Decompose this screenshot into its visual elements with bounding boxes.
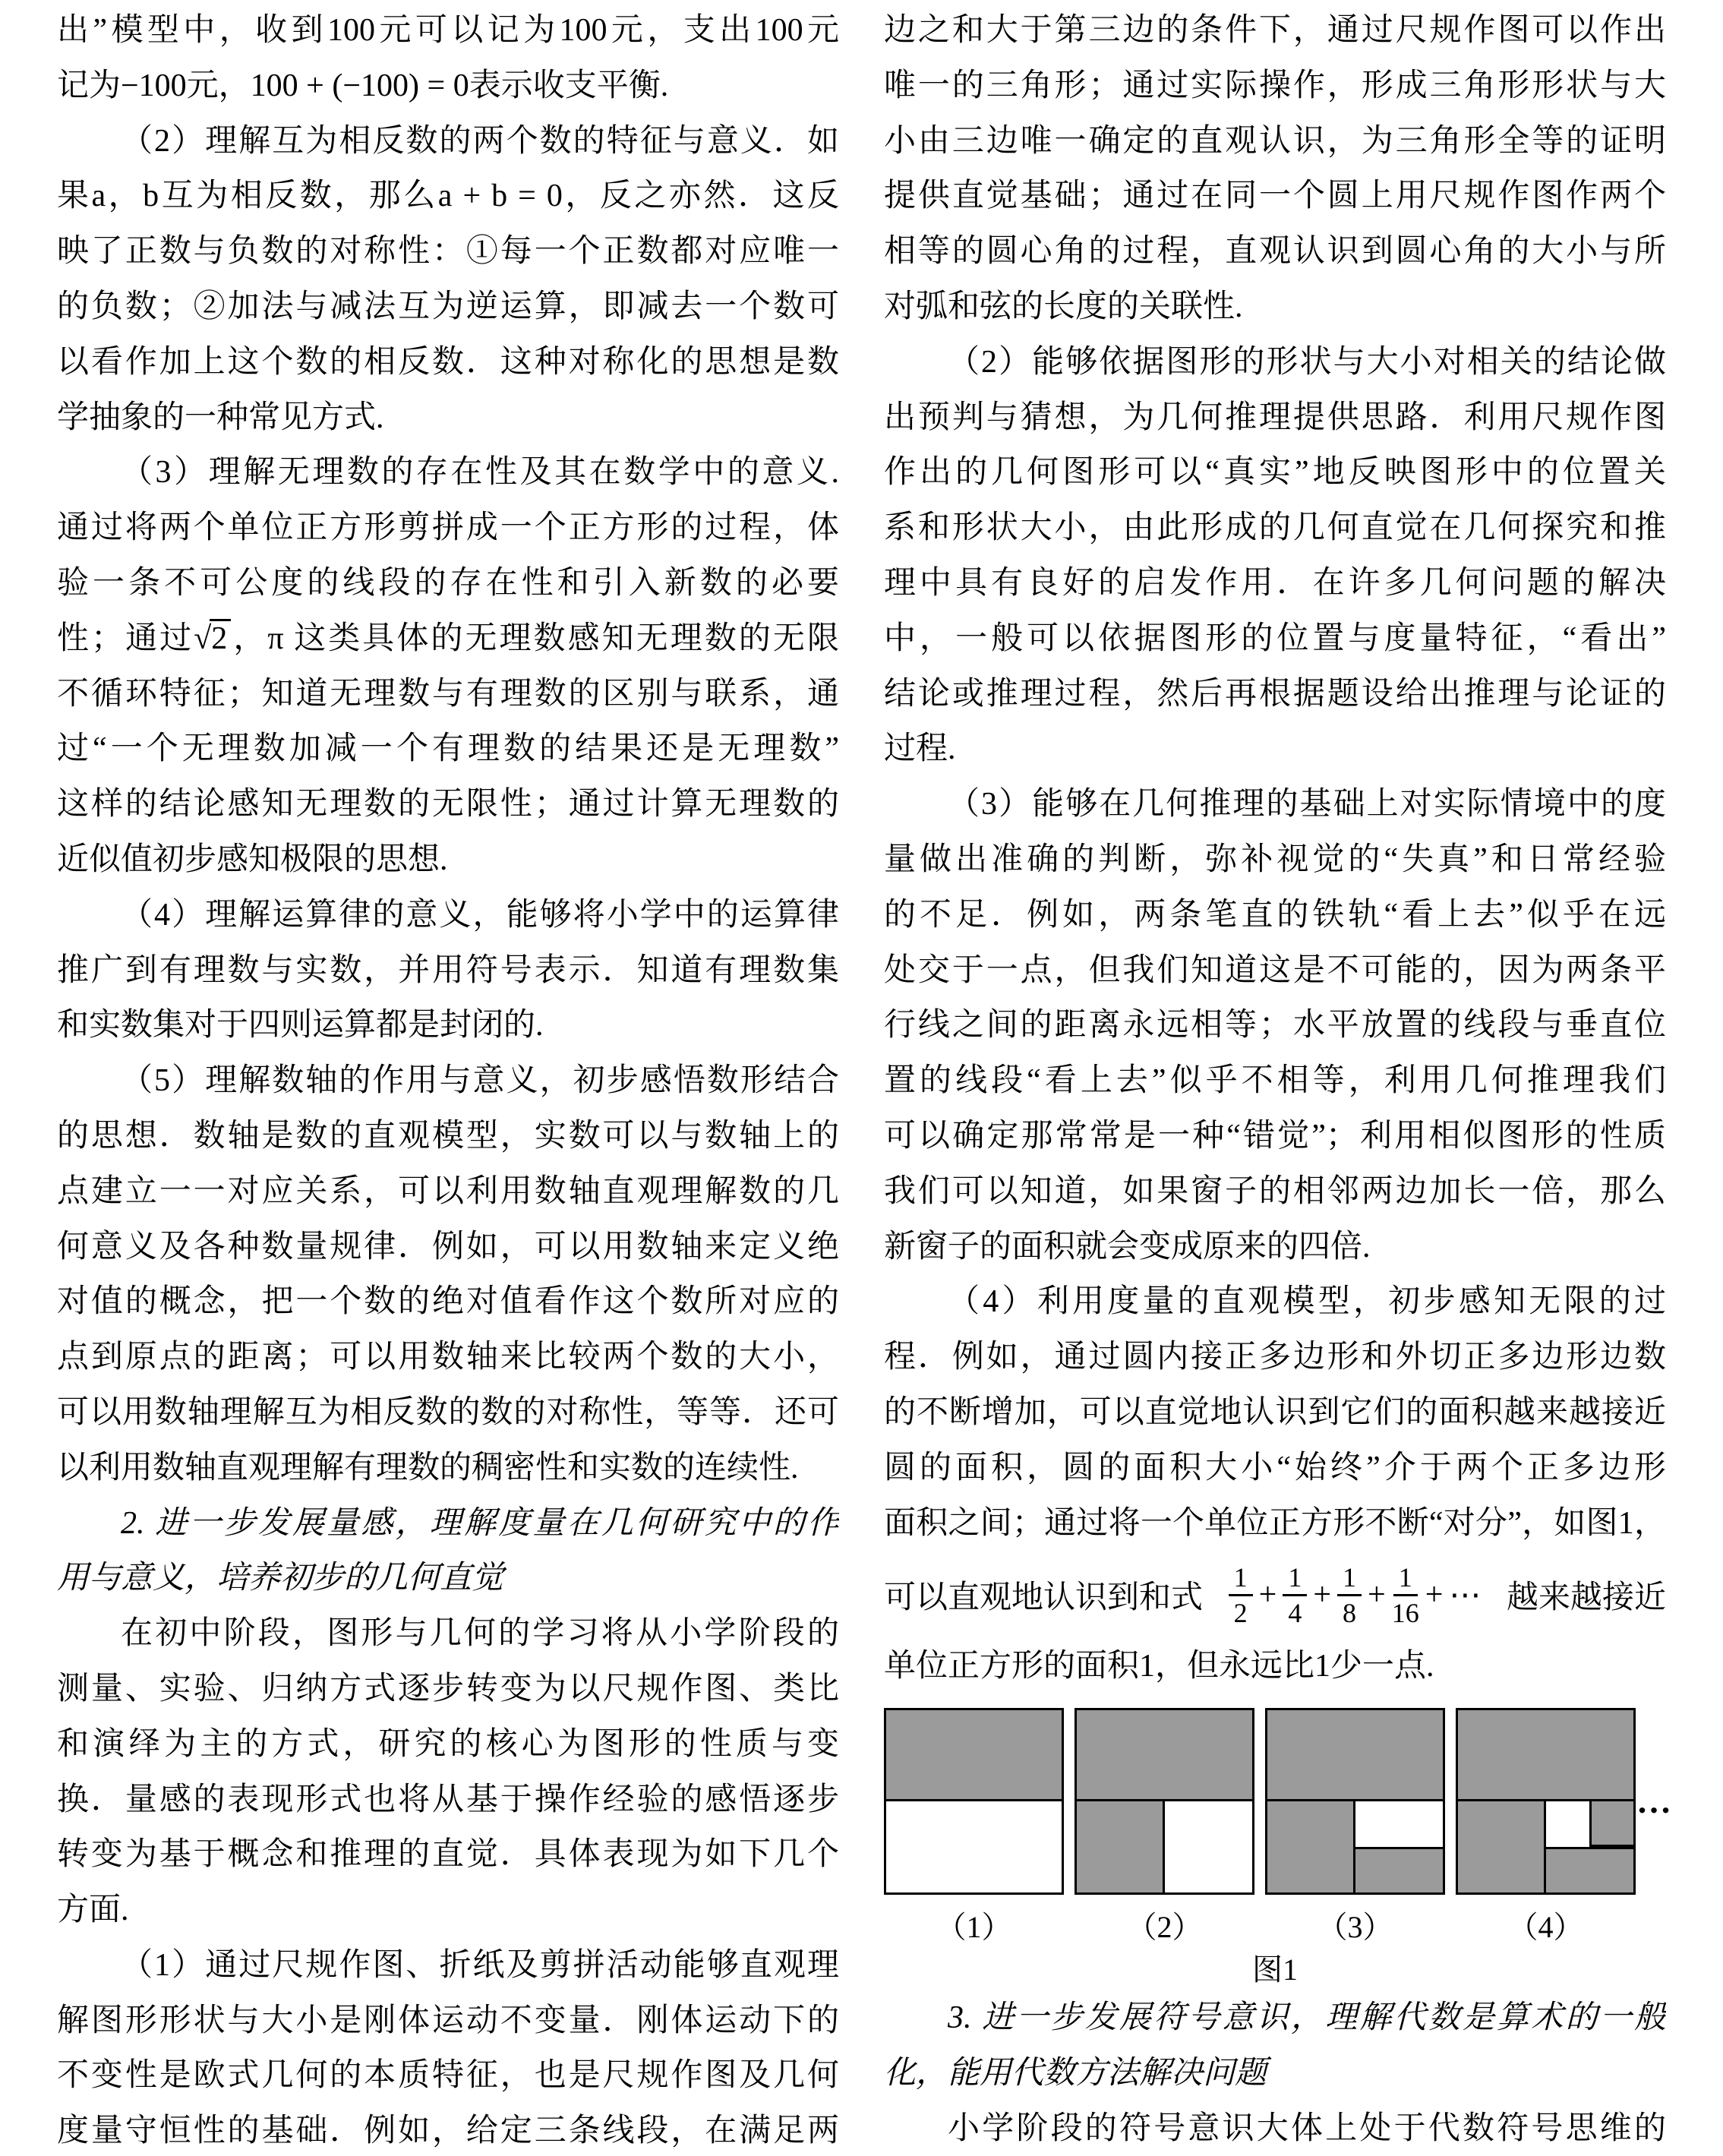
text-line: 在初中阶段，图形与几何的学习将从小学阶段的	[57, 1606, 839, 1662]
fraction: 14	[1283, 1562, 1307, 1629]
fraction: 12	[1229, 1562, 1253, 1629]
text-line: 何意义及各种数量规律．例如，可以用数轴来定义绝	[57, 1220, 839, 1275]
text-line: 映了正数与负数的对称性：①每一个正数都对应唯一	[57, 224, 839, 279]
text-line: 通过将两个单位正方形剪拼成一个正方形的过程，体	[57, 500, 839, 556]
plus-sign: +	[1313, 1577, 1331, 1613]
shaded-region	[1267, 1710, 1443, 1801]
unit-square	[1456, 1708, 1636, 1895]
unit-square	[1075, 1708, 1254, 1895]
text-line: 结论或推理过程，然后再根据题设给出推理与论证的	[884, 667, 1666, 722]
shaded-region	[1355, 1847, 1444, 1892]
text-line: 和演绎为主的方式，研究的核心为图形的性质与变	[57, 1717, 839, 1772]
text-line: 不循环特征；知道无理数与有理数的区别与联系，通	[57, 667, 839, 722]
figure-square: （3）	[1265, 1708, 1445, 1949]
section-heading-3: 3. 进一步发展符号意识，理解代数是算术的一般	[884, 1990, 1666, 2046]
shaded-region	[1267, 1801, 1355, 1892]
text-line: 量做出准确的判断，弥补视觉的“失真”和日常经验	[884, 832, 1666, 888]
text-line: 推广到有理数与实数，并用符号表示．知道有理数集	[57, 943, 839, 999]
figure-square: （1）	[884, 1708, 1064, 1949]
text-line: 单位正方形的面积1，但永远比1少一点.	[884, 1639, 1666, 1694]
text-line: 不变性是欧式几何的本质特征，也是尺规作图及几何	[57, 2048, 839, 2104]
shaded-region	[1458, 1710, 1633, 1801]
figure-square: （4）	[1456, 1708, 1636, 1949]
section-heading-2: 2. 进一步发展量感，理解度量在几何研究中的作	[57, 1496, 839, 1551]
text-line: 对弧和弦的长度的关联性.	[884, 279, 1666, 335]
shaded-region	[1458, 1801, 1546, 1892]
text-line: （5）理解数轴的作用与意义，初步感悟数形结合	[57, 1053, 839, 1109]
text-line: 转变为基于概念和推理的直觉．具体表现为如下几个	[57, 1827, 839, 1883]
text-line: 的思想．数轴是数的直观模型，实数可以与数轴上的	[57, 1109, 839, 1164]
radical-icon: √	[194, 621, 210, 656]
text-line: 验一条不可公度的线段的存在性和引入新数的必要	[57, 556, 839, 611]
text-line: 的不足．例如，两条笔直的铁轨“看上去”似乎在远	[884, 888, 1666, 943]
text-line: 行线之间的距离永远相等；水平放置的线段与垂直位	[884, 998, 1666, 1053]
fraction: 116	[1392, 1562, 1419, 1629]
text-line: 新窗子的面积就会变成原来的四倍.	[884, 1220, 1666, 1275]
sqrt-post-text: ，π 这类具体的无理数感知无理数的无限	[231, 621, 839, 656]
right-column: 边之和大于第三边的条件下，通过尺规作图可以作出 唯一的三角形；通过实际操作，形成…	[884, 3, 1666, 2156]
text-line: 出”模型中，收到100元可以记为100元，支出100元	[57, 3, 839, 58]
text-line-sqrt: 性；通过√2，π 这类具体的无理数感知无理数的无限	[57, 611, 839, 667]
sqrt-radicand: 2	[210, 619, 231, 656]
text-line: 解图形形状与大小是刚体运动不变量．刚体运动下的	[57, 1993, 839, 2049]
figure-continuation-ellipsis: …	[1636, 1781, 1674, 1821]
series-ellipsis: ⋯	[1449, 1576, 1481, 1614]
text-line: 过程.	[884, 721, 1666, 777]
text-line: 置的线段“看上去”似乎不相等，利用几何推理我们	[884, 1053, 1666, 1109]
text-line: 中，一般可以依据图形的位置与度量特征，“看出”	[884, 611, 1666, 667]
sqrt-expression: √2	[194, 619, 231, 656]
formula-pre-text: 可以直观地认识到和式	[884, 1572, 1203, 1618]
shaded-region	[1077, 1801, 1165, 1892]
text-line: 小学阶段的符号意识大体上处于代数符号思维的	[884, 2101, 1666, 2156]
text-line: 换．量感的表现形式也将从基于操作经验的感悟逐步	[57, 1772, 839, 1828]
page: { "columns": { "left": { "lines": [ "出”模…	[0, 0, 1723, 2156]
text-line: 可以确定那常常是一种“错觉”；利用相似图形的性质	[884, 1109, 1666, 1164]
text-line: （1）通过尺规作图、折纸及剪拼活动能够直观理	[57, 1938, 839, 1993]
text-line: （3）能够在几何推理的基础上对实际情境中的度	[884, 777, 1666, 832]
text-line: 以利用数轴直观理解有理数的稠密性和实数的连续性.	[57, 1441, 839, 1496]
text-line: 学抽象的一种常见方式.	[57, 390, 839, 446]
text-line: 作出的几何图形可以“真实”地反映图形中的位置关	[884, 445, 1666, 500]
plus-sign: +	[1425, 1577, 1444, 1613]
section-heading-2-cont: 用与意义，培养初步的几何直觉	[57, 1551, 839, 1606]
text-line: （4）理解运算律的意义，能够将小学中的运算律	[57, 888, 839, 943]
text-line: 我们可以知道，如果窗子的相邻两边加长一倍，那么	[884, 1164, 1666, 1220]
text-line: 边之和大于第三边的条件下，通过尺规作图可以作出	[884, 3, 1666, 58]
text-line: 度量守恒性的基础．例如，给定三条线段，在满足两	[57, 2104, 839, 2156]
text-line: 面积之间；通过将一个单位正方形不断“对分”，如图1，	[884, 1496, 1666, 1551]
text-line: 记为−100元，100 + (−100) = 0表示收支平衡.	[57, 58, 839, 114]
formula-post-text: 越来越接近	[1507, 1572, 1666, 1618]
text-line: （2）理解互为相反数的两个数的特征与意义．如	[57, 114, 839, 169]
plus-sign: +	[1259, 1577, 1277, 1613]
section-heading-3-cont: 化，能用代数方法解决问题	[884, 2046, 1666, 2101]
text-line: 点建立一一对应关系，可以利用数轴直观理解数的几	[57, 1164, 839, 1220]
text-line: 出预判与猜想，为几何推理提供思路．利用尺规作图	[884, 390, 1666, 446]
text-line: 和实数集对于四则运算都是封闭的.	[57, 998, 839, 1053]
shaded-region	[1077, 1710, 1252, 1801]
left-column: 出”模型中，收到100元可以记为100元，支出100元 记为−100元，100 …	[57, 3, 839, 2156]
text-line: 提供直觉基础；通过在同一个圆上用尺规作图作两个	[884, 169, 1666, 224]
text-line: 果a，b互为相反数，那么a + b = 0，反之亦然．这反	[57, 169, 839, 224]
figure-square-label: （1）	[936, 1905, 1012, 1949]
unit-square	[884, 1708, 1064, 1895]
fraction-series: 12+14+18+116+⋯	[1229, 1562, 1482, 1629]
text-line: 系和形状大小，由此形成的几何直觉在几何探究和推	[884, 500, 1666, 556]
text-line: （3）理解无理数的存在性及其在数学中的意义.	[57, 445, 839, 500]
figure-caption: 图1	[884, 1949, 1666, 1990]
formula-line: 可以直观地认识到和式 12+14+18+116+⋯ 越来越接近	[884, 1551, 1666, 1639]
text-line: 唯一的三角形；通过实际操作，形成三角形形状与大	[884, 58, 1666, 114]
shaded-region	[1589, 1801, 1633, 1847]
text-line: 点到原点的距离；可以用数轴来比较两个数的大小，	[57, 1330, 839, 1385]
text-line: 处交于一点，但我们知道这是不可能的，因为两条平	[884, 943, 1666, 999]
figure-square: （2）	[1075, 1708, 1254, 1949]
figure-1: （1）（2）（3）（4） … 图1	[884, 1708, 1666, 1990]
text-line: 相等的圆心角的过程，直观认识到圆心角的大小与所	[884, 224, 1666, 279]
text-line: （4）利用度量的直观模型，初步感知无限的过	[884, 1274, 1666, 1330]
plus-sign: +	[1368, 1577, 1386, 1613]
text-line: 程．例如，通过圆内接正多边形和外切正多边形边数	[884, 1330, 1666, 1385]
text-line: 的不断增加，可以直觉地认识到它们的面积越来越接近	[884, 1385, 1666, 1441]
text-line: 小由三边唯一确定的直观认识，为三角形全等的证明	[884, 114, 1666, 169]
text-line: 过“一个无理数加减一个有理数的结果还是无理数”	[57, 721, 839, 777]
figure-squares-row: （1）（2）（3）（4）	[884, 1708, 1666, 1949]
figure-square-label: （3）	[1317, 1905, 1393, 1949]
text-line: 对值的概念，把一个数的绝对值看作这个数所对应的	[57, 1274, 839, 1330]
shaded-region	[886, 1710, 1062, 1801]
text-line: 方面.	[57, 1883, 839, 1938]
text-line: 理中具有良好的启发作用．在许多几何问题的解决	[884, 556, 1666, 611]
figure-square-label: （2）	[1127, 1905, 1203, 1949]
text-line: 可以用数轴理解互为相反数的数的对称性，等等．还可	[57, 1385, 839, 1441]
text-line: （2）能够依据图形的形状与大小对相关的结论做	[884, 335, 1666, 390]
text-line: 这样的结论感知无理数的无限性；通过计算无理数的	[57, 777, 839, 832]
text-line: 的负数；②加法与减法互为逆运算，即减去一个数可	[57, 279, 839, 335]
figure-square-label: （4）	[1508, 1905, 1584, 1949]
fraction: 18	[1337, 1562, 1362, 1629]
text-line: 测量、实验、归纳方式逐步转变为以尺规作图、类比	[57, 1662, 839, 1717]
text-line: 圆的面积，圆的面积大小“始终”介于两个正多边形	[884, 1441, 1666, 1496]
sqrt-pre-text: 性；通过	[57, 621, 194, 656]
unit-square	[1265, 1708, 1445, 1895]
text-line: 以看作加上这个数的相反数．这种对称化的思想是数	[57, 335, 839, 390]
shaded-region	[1546, 1847, 1634, 1892]
text-line: 近似值初步感知极限的思想.	[57, 832, 839, 888]
